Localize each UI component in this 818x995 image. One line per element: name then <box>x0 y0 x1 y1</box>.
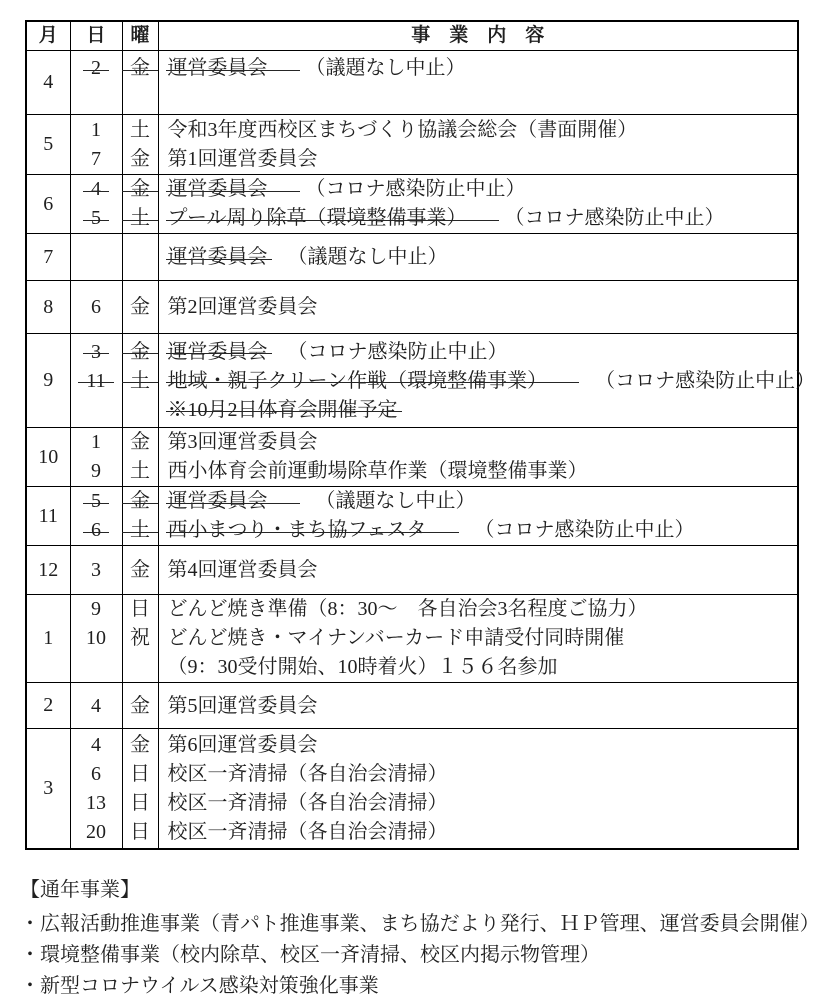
event-text: 校区一斉清掃（各自治会清掃） <box>159 789 798 818</box>
event-segment-cancelled: 運営委員会 <box>168 487 296 516</box>
event-segment: 校区一斉清掃（各自治会清掃） <box>168 763 448 785</box>
month-row: 517土金令和3年度西校区まちづくり協議会総会（書面開催）第1回運営委員会 <box>26 115 798 175</box>
month-cell: 2 <box>26 683 70 729</box>
day-value: 6 <box>91 296 101 318</box>
weekday-value: 金 <box>130 148 150 170</box>
weekday-value: 金 <box>130 695 150 717</box>
month-row: 24金第5回運営委員会 <box>26 683 798 729</box>
content-cell: 第6回運営委員会校区一斉清掃（各自治会清掃）校区一斉清掃（各自治会清掃）校区一斉… <box>158 729 798 849</box>
event-text: 校区一斉清掃（各自治会清掃） <box>159 760 798 789</box>
event-segment: 第1回運営委員会 <box>168 148 318 170</box>
content-cell: 第4回運営委員会 <box>158 546 798 595</box>
event-segment-cancelled: 運営委員会 <box>168 243 268 272</box>
event-segment-cancelled: 地域・親子クリーン作戦（環境整備事業） <box>168 367 576 396</box>
month-cell: 3 <box>26 729 70 849</box>
day-cell: 56 <box>70 487 122 546</box>
header-row: 月 日 曜 事 業 内 容 <box>26 21 798 51</box>
month-row: 3461320金日日日第6回運営委員会校区一斉清掃（各自治会清掃）校区一斉清掃（… <box>26 729 798 849</box>
month-value: 3 <box>43 777 53 799</box>
event-segment: （コロナ感染防止中止） <box>306 178 526 200</box>
day-value: 3 <box>91 338 101 367</box>
day-cell: 461320 <box>70 729 122 849</box>
weekday-value: 土 <box>130 204 150 233</box>
event-segment-cancelled: 西小まつり・まち協フェスタ <box>168 516 455 545</box>
weekday-cell: 土金 <box>122 115 158 175</box>
day-cell: 45 <box>70 175 122 234</box>
month-value: 1 <box>43 627 53 649</box>
month-cell: 8 <box>26 281 70 334</box>
month-cell: 12 <box>26 546 70 595</box>
month-cell: 4 <box>26 51 70 115</box>
weekday-cell: 金 <box>122 546 158 595</box>
day-value: 20 <box>86 821 106 843</box>
day-cell: 4 <box>70 683 122 729</box>
weekday-cell: 金土 <box>122 428 158 487</box>
event-segment: 校区一斉清掃（各自治会清掃） <box>168 792 448 814</box>
schedule-table: 月 日 曜 事 業 内 容 42金運営委員会（議題なし中止）517土金令和3年度… <box>25 20 799 850</box>
content-cell: 運営委員会 （議題なし中止）西小まつり・まち協フェスタ （コロナ感染防止中止） <box>158 487 798 546</box>
month-row: 1910日祝どんど焼き準備（8：30～ 各自治会3名程度ご協力）どんど焼き・マイ… <box>26 595 798 683</box>
day-value: 4 <box>91 175 101 204</box>
event-segment: （コロナ感染防止中止） <box>505 207 725 229</box>
day-cell: 6 <box>70 281 122 334</box>
month-value: 10 <box>38 446 58 468</box>
month-value: 6 <box>43 193 53 215</box>
event-text: 第1回運営委員会 <box>159 145 798 174</box>
weekday-cell: 金日日日 <box>122 729 158 849</box>
event-segment: 校区一斉清掃（各自治会清掃） <box>168 821 448 843</box>
weekday-cell: 金土 <box>122 487 158 546</box>
day-cell <box>70 234 122 281</box>
annual-projects-section: 【通年事業】 ・広報活動推進事業（青パト推進事業、まち協だより発行、ＨＰ管理、運… <box>20 875 800 995</box>
event-text: 令和3年度西校区まちづくり協議会総会（書面開催） <box>159 116 798 145</box>
day-cell: 3 <box>70 546 122 595</box>
annual-project-item: ・新型コロナウイルス感染対策強化事業 <box>20 971 800 995</box>
event-segment: 第2回運営委員会 <box>168 296 318 318</box>
event-text: 第6回運営委員会 <box>159 731 798 760</box>
month-row: 1019金土第3回運営委員会西小体育会前運動場除草作業（環境整備事業） <box>26 428 798 487</box>
weekday-value: 金 <box>130 487 150 516</box>
weekday-value: 土 <box>130 119 150 141</box>
day-value: 9 <box>91 460 101 482</box>
month-row: 42金運営委員会（議題なし中止） <box>26 51 798 115</box>
event-text: 第4回運営委員会 <box>159 556 798 585</box>
weekday-value: 金 <box>130 296 150 318</box>
weekday-value: 金 <box>130 54 150 83</box>
month-row: 645金土運営委員会（コロナ感染防止中止）プール周り除草（環境整備事業）（コロナ… <box>26 175 798 234</box>
day-value: 9 <box>91 598 101 620</box>
day-value: 4 <box>91 734 101 756</box>
month-value: 11 <box>39 505 58 527</box>
content-cell: 運営委員会（議題なし中止） <box>158 51 798 115</box>
event-segment: （議題なし中止） <box>278 246 448 268</box>
day-value: 7 <box>91 148 101 170</box>
weekday-value: 金 <box>130 734 150 756</box>
month-row: 9311金土運営委員会 （コロナ感染防止中止）地域・親子クリーン作戦（環境整備事… <box>26 334 798 428</box>
month-cell: 7 <box>26 234 70 281</box>
month-cell: 5 <box>26 115 70 175</box>
event-text: 校区一斉清掃（各自治会清掃） <box>159 818 798 847</box>
month-row: 7運営委員会 （議題なし中止） <box>26 234 798 281</box>
event-segment: どんど焼き準備（8：30～ 各自治会3名程度ご協力） <box>168 598 648 620</box>
event-text: 運営委員会（議題なし中止） <box>159 54 798 83</box>
day-value: 4 <box>91 695 101 717</box>
weekday-value: 祝 <box>130 627 150 649</box>
content-cell: 運営委員会 （コロナ感染防止中止）地域・親子クリーン作戦（環境整備事業） （コロ… <box>158 334 798 428</box>
weekday-value: 日 <box>130 792 150 814</box>
content-cell: 運営委員会（コロナ感染防止中止）プール周り除草（環境整備事業）（コロナ感染防止中… <box>158 175 798 234</box>
event-segment: 令和3年度西校区まちづくり協議会総会（書面開催） <box>168 119 638 141</box>
day-value: 1 <box>91 119 101 141</box>
weekday-value: 金 <box>130 175 150 204</box>
month-value: 8 <box>43 296 53 318</box>
weekday-cell: 金 <box>122 51 158 115</box>
day-cell: 17 <box>70 115 122 175</box>
annual-project-item: ・広報活動推進事業（青パト推進事業、まち協だより発行、ＨＰ管理、運営委員会開催） <box>20 909 800 940</box>
event-text: 運営委員会 （議題なし中止） <box>159 243 798 272</box>
event-text: （9：30受付開始、10時着火）１５６名参加 <box>159 653 798 682</box>
event-segment: どんど焼き・マイナンバーカード申請受付同時開催 <box>168 627 625 649</box>
event-text: 西小まつり・まち協フェスタ （コロナ感染防止中止） <box>159 516 798 545</box>
day-value: 3 <box>91 559 101 581</box>
header-month: 月 <box>26 21 70 51</box>
annual-project-item: ・環境整備事業（校内除草、校区一斉清掃、校区内掲示物管理） <box>20 940 800 971</box>
weekday-cell: 金土 <box>122 334 158 428</box>
day-value: 2 <box>91 54 101 83</box>
event-segment: （コロナ感染防止中止） <box>278 341 508 363</box>
month-row: 86金第2回運営委員会 <box>26 281 798 334</box>
weekday-value: 土 <box>130 516 150 545</box>
weekday-value: 土 <box>130 460 150 482</box>
day-value: 10 <box>86 627 106 649</box>
weekday-value: 金 <box>130 338 150 367</box>
annual-projects-title: 【通年事業】 <box>20 875 800 905</box>
month-value: 4 <box>43 71 53 93</box>
event-text: 運営委員会（コロナ感染防止中止） <box>159 175 798 204</box>
event-text: 運営委員会 （議題なし中止） <box>159 487 798 516</box>
day-value: 5 <box>91 204 101 233</box>
day-cell: 19 <box>70 428 122 487</box>
event-text: 運営委員会 （コロナ感染防止中止） <box>159 338 798 367</box>
weekday-value: 金 <box>130 431 150 453</box>
event-text: 地域・親子クリーン作戦（環境整備事業） （コロナ感染防止中止） <box>159 367 798 396</box>
month-value: 12 <box>38 559 58 581</box>
weekday-cell: 金 <box>122 281 158 334</box>
event-text: 第3回運営委員会 <box>159 428 798 457</box>
document-page: 月 日 曜 事 業 内 容 42金運営委員会（議題なし中止）517土金令和3年度… <box>0 0 818 995</box>
event-text: ※10月2日体育会開催予定 <box>159 396 798 425</box>
event-segment: 第5回運営委員会 <box>168 695 318 717</box>
month-cell: 6 <box>26 175 70 234</box>
event-segment: 西小体育会前運動場除草作業（環境整備事業） <box>168 460 588 482</box>
event-segment: 第4回運営委員会 <box>168 559 318 581</box>
day-cell: 910 <box>70 595 122 683</box>
header-weekday: 曜 <box>122 21 158 51</box>
content-cell: どんど焼き準備（8：30～ 各自治会3名程度ご協力）どんど焼き・マイナンバーカー… <box>158 595 798 683</box>
weekday-cell: 日祝 <box>122 595 158 683</box>
content-cell: 令和3年度西校区まちづくり協議会総会（書面開催）第1回運営委員会 <box>158 115 798 175</box>
weekday-value: 日 <box>130 598 150 620</box>
day-value: 1 <box>91 431 101 453</box>
event-segment-cancelled: プール周り除草（環境整備事業） <box>168 204 495 233</box>
month-value: 9 <box>43 369 53 391</box>
month-cell: 11 <box>26 487 70 546</box>
event-text: どんど焼き準備（8：30～ 各自治会3名程度ご協力） <box>159 595 798 624</box>
event-segment: （議題なし中止） <box>306 57 466 79</box>
day-value: 5 <box>91 487 101 516</box>
event-text: 第5回運営委員会 <box>159 692 798 721</box>
event-segment: 第6回運営委員会 <box>168 734 318 756</box>
event-segment-cancelled: ※10月2日体育会開催予定 <box>168 396 398 425</box>
day-value: 11 <box>86 367 105 396</box>
content-cell: 第3回運営委員会西小体育会前運動場除草作業（環境整備事業） <box>158 428 798 487</box>
weekday-value: 日 <box>130 821 150 843</box>
event-segment: （9：30受付開始、10時着火）１５６名参加 <box>168 656 558 678</box>
month-value: 5 <box>43 133 53 155</box>
header-content: 事 業 内 容 <box>158 21 798 51</box>
weekday-cell: 金 <box>122 683 158 729</box>
event-segment-cancelled: 運営委員会 <box>168 54 296 83</box>
day-cell: 2 <box>70 51 122 115</box>
month-row: 1156金土運営委員会 （議題なし中止）西小まつり・まち協フェスタ （コロナ感染… <box>26 487 798 546</box>
event-text: 第2回運営委員会 <box>159 293 798 322</box>
day-cell: 311 <box>70 334 122 428</box>
content-cell: 運営委員会 （議題なし中止） <box>158 234 798 281</box>
weekday-cell: 金土 <box>122 175 158 234</box>
weekday-value: 日 <box>130 763 150 785</box>
content-cell: 第5回運営委員会 <box>158 683 798 729</box>
month-cell: 1 <box>26 595 70 683</box>
event-segment-cancelled: 運営委員会 <box>168 338 268 367</box>
day-value: 6 <box>91 763 101 785</box>
month-cell: 9 <box>26 334 70 428</box>
content-cell: 第2回運営委員会 <box>158 281 798 334</box>
event-segment: （議題なし中止） <box>306 490 476 512</box>
event-segment-cancelled: 運営委員会 <box>168 175 296 204</box>
weekday-value: 土 <box>130 367 150 396</box>
event-text: プール周り除草（環境整備事業）（コロナ感染防止中止） <box>159 204 798 233</box>
event-text: 西小体育会前運動場除草作業（環境整備事業） <box>159 457 798 486</box>
month-value: 2 <box>43 694 53 716</box>
weekday-cell <box>122 234 158 281</box>
event-text: どんど焼き・マイナンバーカード申請受付同時開催 <box>159 624 798 653</box>
event-segment: （コロナ感染防止中止） <box>465 519 695 541</box>
event-segment: 第3回運営委員会 <box>168 431 318 453</box>
month-row: 123金第4回運営委員会 <box>26 546 798 595</box>
month-cell: 10 <box>26 428 70 487</box>
day-value: 6 <box>91 516 101 545</box>
weekday-value: 金 <box>130 559 150 581</box>
month-value: 7 <box>43 246 53 268</box>
day-value: 13 <box>86 792 106 814</box>
event-segment: （コロナ感染防止中止） <box>585 370 815 392</box>
header-day: 日 <box>70 21 122 51</box>
